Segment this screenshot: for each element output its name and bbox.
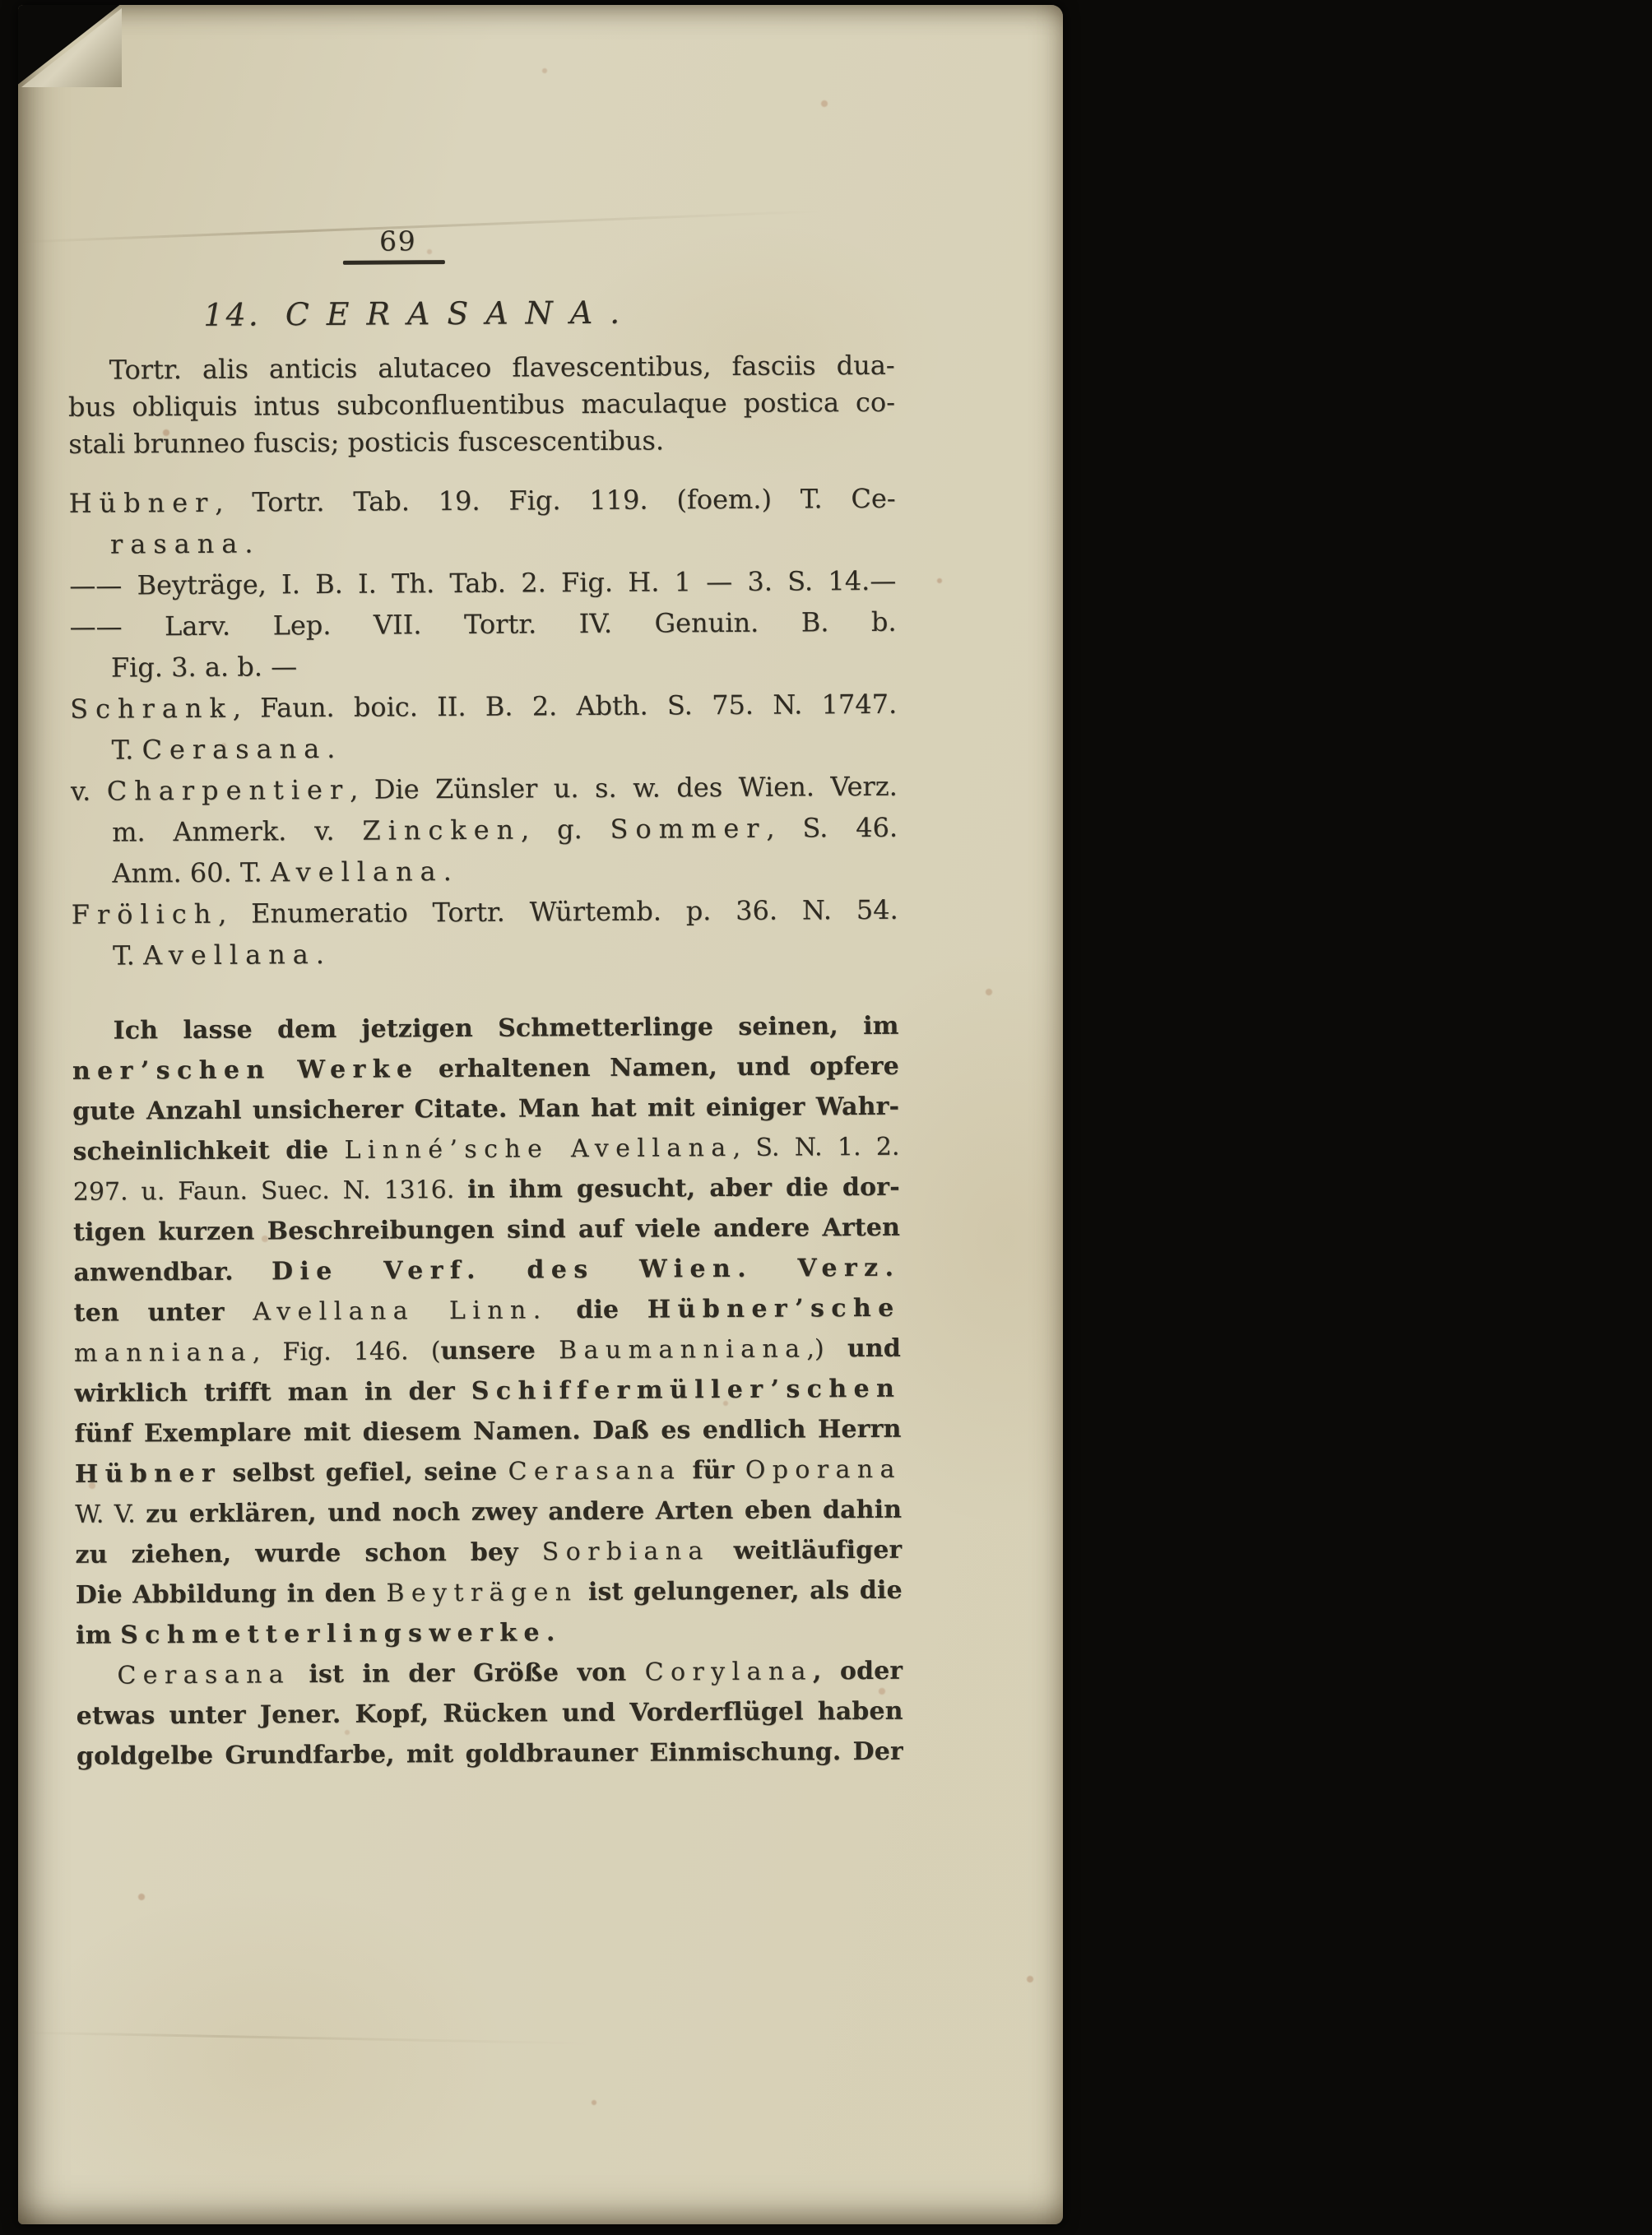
emphasized-text: Schrank	[70, 693, 233, 725]
paragraph-line: W. V. zu erklären, und noch zwey andere …	[75, 1490, 902, 1535]
text-segment: unsere	[440, 1336, 559, 1366]
emphasized-text: Avellana.	[271, 856, 459, 888]
paragraph-line: fünf Exemplare mit diesem Namen. Daß es …	[74, 1409, 901, 1454]
emphasized-text: rasana.	[110, 527, 261, 559]
emphasized-text: Beyträgen	[386, 1578, 578, 1607]
emphasized-text: Schmetterlingswerke.	[120, 1618, 562, 1649]
text-segment: , Enumeratio Tortr. Würtemb. p. 36. N. 5…	[218, 894, 898, 930]
body-text: Ich lasse dem jetzigen Schmetterlinge se…	[72, 1006, 903, 1777]
emphasized-text: Frölich	[72, 898, 219, 930]
emphasized-text: Avellana.	[143, 939, 332, 971]
emphasized-text: Corylana	[645, 1657, 813, 1686]
paragraph-line: scheinlichkeit die Linné’sche Avellana, …	[72, 1127, 899, 1172]
latin-description: Tortr. alis anticis alutaceo flavescenti…	[68, 347, 896, 463]
paragraph-line: anwendbar. Die Verf. des Wien. Verz. ver…	[73, 1248, 900, 1293]
species-number: 14.	[203, 296, 261, 332]
paragraph-line: tigen kurzen Beschreibungen sind auf vie…	[73, 1208, 900, 1253]
text-segment: ten unter	[74, 1298, 253, 1328]
text-segment: zu ziehen, wurde schon bey	[75, 1537, 541, 1569]
emphasized-text: Oporana	[745, 1455, 902, 1485]
paragraph-line: ten unter Avellana Linn. die Hübner’sche…	[74, 1288, 901, 1333]
text-segment: , g.	[521, 814, 610, 846]
emphasized-text: manniana	[74, 1338, 253, 1368]
text-segment: im	[76, 1621, 120, 1650]
page-content: 69 14.CERASANA. Tortr. alis anticis alut…	[18, 5, 1063, 2224]
text-segment: , S. 46.	[766, 812, 898, 844]
emphasized-text: Linné’sche Avellana	[344, 1134, 732, 1165]
text-segment: —— Beyträge, I. B. I. Th. Tab. 2. Fig. H…	[69, 565, 896, 601]
text-segment: scheinlichkeit die	[72, 1136, 344, 1166]
text-segment: fünf Exemplare mit diesem Namen. Daß es …	[74, 1415, 901, 1449]
text-segment: , oder	[813, 1657, 903, 1686]
text-segment: W. V.	[75, 1500, 146, 1529]
reference-line: m. Anmerk. v. Zincken, g. Sommer, S. 46.	[71, 807, 898, 853]
text-segment: die	[548, 1296, 647, 1325]
page-number-rule	[343, 260, 445, 265]
emphasized-text: Die Verf. des Wien. Verz.	[271, 1254, 901, 1287]
reference-line: —— Larv. Lep. VII. Tortr. IV. Genuin. B.…	[69, 601, 896, 647]
species-title: CERASANA.	[285, 294, 637, 333]
reference-line: v. Charpentier, Die Zünsler u. s. w. des…	[71, 766, 898, 812]
paragraph-line: Ich lasse dem jetzigen Schmetterlinge se…	[72, 1006, 898, 1051]
text-column: Tortr. alis anticis alutaceo flavescenti…	[68, 347, 904, 1777]
emphasized-text: ner’schen Werke	[72, 1055, 420, 1086]
text-segment: selbst gefiel, seine	[221, 1458, 508, 1488]
text-segment: tigen kurzen Beschreibungen sind auf vie…	[73, 1213, 900, 1253]
emphasized-text: Avellana Linn.	[253, 1296, 548, 1326]
latin-line: Tortr. alis anticis alutaceo flavescenti…	[68, 347, 895, 389]
reference-line: Schrank, Faun. boic. II. B. 2. Abth. S. …	[70, 684, 897, 730]
text-segment: ,)	[806, 1334, 824, 1363]
text-segment: Anm. 60. T.	[112, 856, 271, 888]
text-segment: anwendbar.	[73, 1257, 271, 1287]
scanned-page: 69 14.CERASANA. Tortr. alis anticis alut…	[18, 5, 1063, 2224]
reference-line: Fig. 3. a. b. —	[70, 642, 897, 689]
emphasized-text: Hübner’sche	[647, 1294, 901, 1324]
text-segment: Tortr. alis anticis alutaceo flavescenti…	[109, 350, 895, 386]
latin-line: stali brunneo fuscis; posticis fuscescen…	[68, 421, 895, 463]
emphasized-text: Charpentier	[107, 774, 350, 807]
text-segment: und	[824, 1334, 901, 1364]
text-segment: ist gelungener, als die	[578, 1576, 903, 1607]
text-segment: ist in der Größe von	[290, 1658, 645, 1690]
paragraph-line: im Schmetterlingswerke.	[76, 1611, 903, 1656]
text-segment: m. Anmerk. v.	[112, 815, 363, 848]
emphasized-text: Schiffermüller’schen	[471, 1375, 902, 1406]
text-segment: Ich lasse dem jetzigen Schmetterlinge se…	[114, 1012, 899, 1046]
text-segment: etwas unter Jener. Kopf, Rücken und Vord…	[77, 1697, 903, 1737]
paragraph-line: Die Abbildung in den Beyträgen ist gelun…	[76, 1570, 903, 1616]
paragraph-line: Cerasana ist in der Größe von Corylana, …	[76, 1651, 903, 1696]
text-segment: 297. u. Faun. Suec. N. 1316.	[73, 1175, 468, 1207]
paragraph-line: manniana, Fig. 146. (unsere Baumanniana,…	[74, 1328, 901, 1374]
emphasized-text: Sorbiana	[542, 1537, 710, 1566]
text-segment: T.	[113, 939, 143, 971]
emphasized-text: Zincken	[362, 814, 521, 846]
text-segment: , Die Zünsler u. s. w. des Wien. Verz.	[350, 771, 898, 805]
emphasized-text: Cerasana	[508, 1456, 682, 1486]
text-segment: , Fig. 146. (	[253, 1337, 441, 1366]
reference-line: —— Beyträge, I. B. I. Th. Tab. 2. Fig. H…	[69, 560, 896, 606]
latin-line: bus obliquis intus subconfluentibus macu…	[68, 384, 895, 426]
emphasized-text: Cerasana.	[142, 733, 342, 765]
reference-line: T. Cerasana.	[70, 725, 897, 771]
emphasized-text: Baumanniana	[559, 1334, 807, 1365]
text-segment: , Faun. boic. II. B. 2. Abth. S. 75. N. …	[233, 689, 898, 724]
emphasized-text: Hübner	[69, 487, 216, 519]
paragraph-line: 297. u. Faun. Suec. N. 1316. in ihm gesu…	[73, 1167, 900, 1213]
emphasized-text: Cerasana	[117, 1660, 290, 1690]
text-segment: bus obliquis intus subconfluentibus macu…	[68, 387, 895, 423]
reference-line: Anm. 60. T. Avellana.	[71, 848, 898, 894]
text-segment: Fig. 3. a. b. —	[111, 651, 297, 683]
species-heading: 14.CERASANA.	[203, 294, 637, 333]
reference-line: Frölich, Enumeratio Tortr. Würtemb. p. 3…	[72, 889, 898, 935]
emphasized-text: Hübner	[75, 1459, 221, 1489]
text-segment: wirklich trifft man in der	[74, 1377, 471, 1408]
paragraph-line: goldgelbe Grundfarbe, mit goldbrauner Ei…	[77, 1732, 903, 1777]
text-segment: für	[681, 1456, 745, 1485]
reference-list: Hübner, Tortr. Tab. 19. Fig. 119. (foem.…	[69, 478, 899, 976]
reference-line: rasana.	[69, 519, 896, 565]
text-segment: T.	[111, 734, 142, 765]
paragraph-line: zu ziehen, wurde schon bey Sorbiana weit…	[75, 1530, 902, 1575]
paragraph-line: Hübner selbst gefiel, seine Cerasana für…	[75, 1449, 902, 1495]
emphasized-text: Sommer	[610, 813, 766, 845]
text-segment: stali brunneo fuscis; posticis fuscescen…	[68, 424, 664, 459]
text-segment: Die Abbildung in den	[76, 1579, 387, 1610]
text-segment: goldgelbe Grundfarbe, mit goldbrauner Ei…	[77, 1737, 903, 1771]
text-segment: —— Larv. Lep. VII. Tortr. IV. Genuin. B.…	[69, 606, 896, 642]
text-segment: zu erklären, und noch zwey andere Arten …	[146, 1495, 902, 1529]
text-segment: in ihm gesucht, aber die dor-	[467, 1173, 900, 1204]
page-number: 69	[349, 225, 448, 257]
paragraph-line: gute Anzahl unsicherer Citate. Man hat m…	[72, 1087, 899, 1132]
reference-line: Hübner, Tortr. Tab. 19. Fig. 119. (foem.…	[69, 478, 896, 524]
reference-line: T. Avellana.	[72, 930, 898, 976]
paragraph-line: ner’schen Werke erhaltenen Namen, und op…	[72, 1046, 899, 1092]
paragraph-line: wirklich trifft man in der Schiffermülle…	[74, 1369, 901, 1414]
text-segment: gute Anzahl unsicherer Citate. Man hat m…	[72, 1092, 899, 1126]
text-segment: v.	[71, 776, 107, 807]
text-segment: , Tortr. Tab. 19. Fig. 119. (foem.) T. C…	[215, 483, 896, 518]
paragraph-line: etwas unter Jener. Kopf, Rücken und Vord…	[77, 1691, 903, 1737]
